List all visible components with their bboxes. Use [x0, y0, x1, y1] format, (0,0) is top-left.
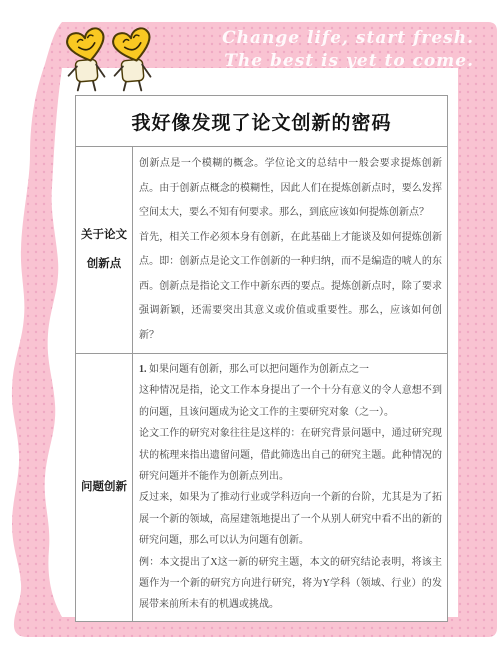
document-title: 我好像发现了论文创新的密码	[76, 96, 447, 147]
paragraph: 论文工作的研究对象往往是这样的：在研究背景问题中，通过研究现状的梳理来指出遗留问…	[139, 423, 442, 487]
row-label: 关于论文创新点	[76, 147, 133, 353]
document-table: 我好像发现了论文创新的密码 关于论文创新点 创新点是一个模糊的概念。学位论文的总…	[75, 95, 448, 622]
heading-number: 1.	[139, 364, 147, 375]
table-row: 关于论文创新点 创新点是一个模糊的概念。学位论文的总结中一般会要求提炼创新点。由…	[76, 147, 447, 353]
paragraph: 例：本文提出了X这一新的研究主题，本文的研究结论表明，将该主题作为一个新的研究方…	[139, 552, 442, 616]
row-content: 1. 如果问题有创新，那么可以把问题作为创新点之一 这种情况是指，论文工作本身提…	[133, 354, 447, 621]
motto-line-2: The best is yet to come.	[222, 50, 474, 73]
paragraph: 创新点是一个模糊的概念。学位论文的总结中一般会要求提炼创新点。由于创新点概念的模…	[139, 152, 442, 226]
header-motto: Change life, start fresh. The best is ye…	[222, 27, 474, 73]
row-label: 问题创新	[76, 354, 133, 621]
paragraph: 反过来，如果为了推动行业或学科迈向一个新的台阶，尤其是为了拓展一个新的领域，高屋…	[139, 487, 442, 551]
page: Change life, start fresh. The best is ye…	[0, 0, 500, 655]
paragraph: 这种情况是指，论文工作本身提出了一个十分有意义的令人意想不到的问题，且该问题成为…	[139, 380, 442, 423]
row-content: 创新点是一个模糊的概念。学位论文的总结中一般会要求提炼创新点。由于创新点概念的模…	[133, 147, 447, 353]
paragraph: 首先，相关工作必须本身有创新，在此基础上才能谈及如何提炼创新点。即：创新点是论文…	[139, 226, 442, 349]
heading-text: 如果问题有创新，那么可以把问题作为创新点之一	[149, 364, 369, 375]
motto-line-1: Change life, start fresh.	[222, 27, 474, 50]
numbered-heading: 1. 如果问题有创新，那么可以把问题作为创新点之一	[139, 359, 442, 380]
table-row: 问题创新 1. 如果问题有创新，那么可以把问题作为创新点之一 这种情况是指，论文…	[76, 353, 447, 621]
